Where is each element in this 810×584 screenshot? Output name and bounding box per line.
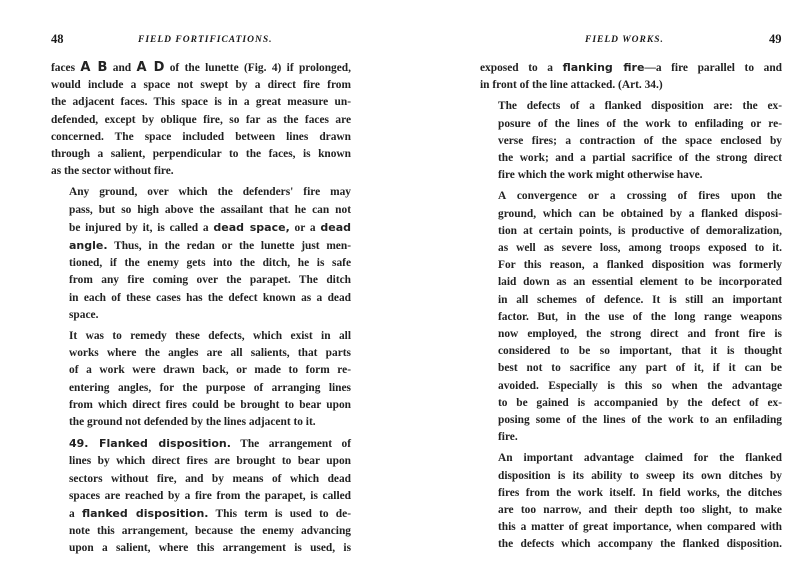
text-line: fires from the work itself. In field wor… — [480, 485, 782, 502]
text-line: angle. Thus, in the redan or the lunette… — [51, 237, 351, 255]
right-page: FIELD WORKS. 49 exposed to a flanking fi… — [405, 0, 810, 584]
text-line: A convergence or a crossing of fires upo… — [480, 188, 782, 205]
text-line: disposition is its ability to sweep its … — [480, 468, 782, 485]
text-line: fire which the work might otherwise have… — [480, 167, 782, 184]
running-title: FIELD WORKS. — [585, 35, 664, 45]
left-page: 48 FIELD FORTIFICATIONS. faces A B and A… — [0, 0, 405, 584]
section-49: 49. Flanked disposition. The arrangement… — [51, 435, 351, 557]
text-line: posure of the lines of the work to enfil… — [480, 116, 782, 133]
text-line: It was to remedy these defects, which ex… — [51, 328, 351, 345]
text-line: are too narrow, and their depth too slig… — [480, 502, 782, 519]
text-line: as the sector without fire. — [51, 163, 351, 180]
text-line: sectors without fire, and by means of wh… — [51, 471, 351, 488]
bold-term: dead space, — [213, 221, 289, 234]
bold-term: dead — [320, 221, 351, 234]
text-line: from which direct fires could be brought… — [51, 397, 351, 414]
text-line: note this arrangement, because the enemy… — [51, 523, 351, 540]
text-line: space. — [51, 307, 351, 324]
text-line: in each of these cases has the defect kn… — [51, 290, 351, 307]
page-body: faces A B and A D of the lunette (Fig. 4… — [51, 59, 351, 558]
text-line: verse fires; a contraction of the space … — [480, 133, 782, 150]
text-line: factor. But, in the use of the long rang… — [480, 309, 782, 326]
paragraph: It was to remedy these defects, which ex… — [51, 328, 351, 431]
text-line: would include a space not swept by a dir… — [51, 77, 351, 94]
text-line: tion at certain points, is productive of… — [480, 223, 782, 240]
text-line: ground, which can be obtained by a flank… — [480, 206, 782, 223]
text-line: 49. Flanked disposition. The arrangement… — [51, 435, 351, 453]
text-line: a flanked disposition. This term is used… — [51, 505, 351, 523]
text-line: best not to sacrifice any part of it, if… — [480, 360, 782, 377]
page-body: exposed to a flanking fire—a fire parall… — [480, 59, 782, 554]
paragraph: Any ground, over which the defenders' fi… — [51, 184, 351, 324]
text-line: in all schemes of defence. It is still a… — [480, 292, 782, 309]
text-line: spaces are reached by a fire from the pa… — [51, 488, 351, 505]
text-line: considered to be so important, that it i… — [480, 343, 782, 360]
bold-term: flanking fire — [563, 61, 645, 74]
running-title: FIELD FORTIFICATIONS. — [138, 35, 273, 45]
text-line: the work; and a partial sacrifice of the… — [480, 150, 782, 167]
paragraph: The defects of a flanked disposition are… — [480, 98, 782, 184]
text-line: An important advantage claimed for the f… — [480, 450, 782, 467]
text-line: to be gained is accompanied by the defec… — [480, 395, 782, 412]
text-line: this a matter of great importance, when … — [480, 519, 782, 536]
text-line: faces A B and A D of the lunette (Fig. 4… — [51, 59, 351, 77]
page-number: 48 — [51, 32, 64, 47]
text-line: through a salient, perpendicular to the … — [51, 146, 351, 163]
text-line: works where the angles are all salients,… — [51, 345, 351, 362]
text-line: avoided. Especially is this so when the … — [480, 378, 782, 395]
text-line: concerned. The space included between li… — [51, 129, 351, 146]
text-line: as well as severe loss, among troops exp… — [480, 240, 782, 257]
text-line: lines by which direct fires are brought … — [51, 453, 351, 470]
bold-term: flanked disposition. — [82, 507, 209, 520]
text-line: of a work were drawn back, or made to fo… — [51, 362, 351, 379]
bold-term: angle. — [69, 239, 108, 252]
section-heading: 49. Flanked disposition. — [69, 437, 231, 450]
text-line: The defects of a flanked disposition are… — [480, 98, 782, 115]
text-line: upon a salient, where this arrangement i… — [51, 540, 351, 557]
page-number: 49 — [769, 32, 782, 47]
text-line: be injured by it, is called a dead space… — [51, 219, 351, 237]
text-line: from any fire coming over the parapet. T… — [51, 272, 351, 289]
paragraph: faces A B and A D of the lunette (Fig. 4… — [51, 59, 351, 180]
text-line: For this reason, a flanked disposition w… — [480, 257, 782, 274]
text-line: entering angles, for the purpose of arra… — [51, 380, 351, 397]
text-line: laid down as an essential element to be … — [480, 274, 782, 291]
text-line: fire. — [480, 429, 782, 446]
text-line: Any ground, over which the defenders' fi… — [51, 184, 351, 201]
text-line: the ground not defended by the lines adj… — [51, 414, 351, 431]
text-line: pass, but so high above the assailant th… — [51, 202, 351, 219]
text-line: exposed to a flanking fire—a fire parall… — [480, 59, 782, 77]
paragraph: A convergence or a crossing of fires upo… — [480, 188, 782, 446]
paragraph: An important advantage claimed for the f… — [480, 450, 782, 553]
text-line: posing some of the lines of the work to … — [480, 412, 782, 429]
text-line: tioned, if the enemy gets into the ditch… — [51, 255, 351, 272]
text-line: the defects which accompany the flanked … — [480, 536, 782, 553]
paragraph: exposed to a flanking fire—a fire parall… — [480, 59, 782, 94]
text-line: defended, except by oblique fire, so far… — [51, 112, 351, 129]
text-line: in front of the line attacked. (Art. 34.… — [480, 77, 782, 94]
text-line: the adjacent faces. This space is in a g… — [51, 94, 351, 111]
text-line: now employed, the strong direct and fron… — [480, 326, 782, 343]
